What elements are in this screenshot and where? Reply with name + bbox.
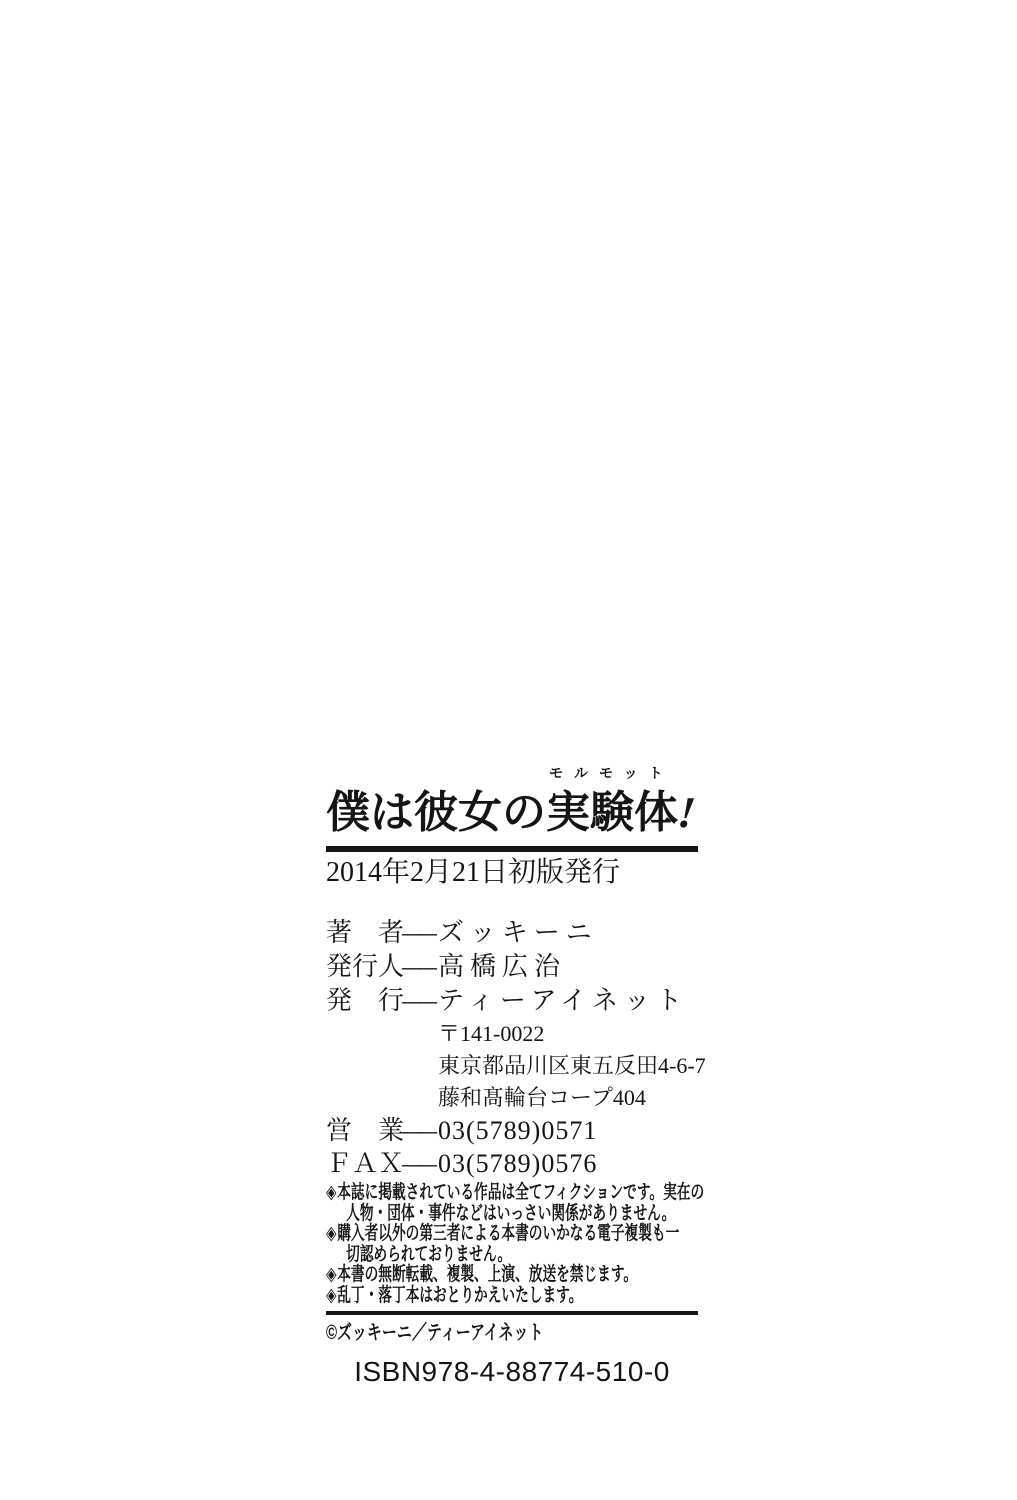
contact-row-fax: ＦＡＸ —— 03(5789)0576 — [326, 1147, 698, 1180]
contact-row-sales: 営 業 —— 03(5789)0571 — [326, 1114, 698, 1147]
credit-row-author: 著 者 —— ズッキーニ — [326, 916, 698, 950]
notice-line: ◈本書の無断転載、複製、上演、放送を禁じます。 — [326, 1265, 594, 1286]
leader-dash: —— — [402, 950, 427, 984]
notice-line: ◈本誌に掲載されている作品は全てフィクションです。実在の — [326, 1183, 594, 1204]
notice-line: ◈購入者以外の第三者による本書のいかなる電子複製も一 — [326, 1224, 594, 1245]
diamond-bullet-icon: ◈ — [326, 1182, 337, 1203]
contact-label: 営 業 — [326, 1114, 402, 1147]
book-title: モルモット 僕は彼女の実験体! — [326, 760, 698, 838]
address-line: 藤和髙輪台コープ404 — [438, 1082, 698, 1114]
leader-dash: —— — [402, 1114, 427, 1147]
diamond-bullet-icon: ◈ — [326, 1285, 337, 1306]
credit-value: 高橋広治 — [438, 950, 566, 984]
credit-value: ティーアイネット — [438, 984, 688, 1018]
leader-dash: —— — [402, 1147, 427, 1180]
address-line: 東京都品川区東五反田4-6-7 — [438, 1050, 698, 1082]
credit-row-issuer: 発行人 —— 高橋広治 — [326, 950, 698, 984]
postal-code: 〒141-0022 — [438, 1018, 698, 1050]
diamond-bullet-icon: ◈ — [326, 1223, 337, 1244]
contact-value: 03(5789)0571 — [438, 1114, 597, 1147]
edition-date: 2014年2月21日初版発行 — [326, 858, 698, 888]
title-rule — [326, 846, 698, 852]
notice-line: 人物・団体・事件などはいっさい関係がありません。 — [326, 1204, 594, 1225]
notice-text: 本書の無断転載、複製、上演、放送を禁じます。 — [337, 1264, 637, 1285]
publisher-address: 〒141-0022 東京都品川区東五反田4-6-7 藤和髙輪台コープ404 — [326, 1018, 698, 1114]
notice-text: 本誌に掲載されている作品は全てフィクションです。実在の — [337, 1182, 704, 1203]
credit-row-publisher: 発 行 —— ティーアイネット — [326, 984, 698, 1018]
colophon-block: モルモット 僕は彼女の実験体! 2014年2月21日初版発行 著 者 —— ズッ… — [326, 760, 698, 1388]
copyright-line: ©ズッキーニ／ティーアイネット — [326, 1320, 605, 1346]
notice-line: ◈乱丁・落丁本はおとりかえいたします。 — [326, 1286, 594, 1307]
credits-section: 著 者 —— ズッキーニ 発行人 —— 高橋広治 発 行 —— ティーアイネット… — [326, 916, 698, 1180]
credit-label: 発 行 — [326, 984, 402, 1018]
title-furigana: モルモット — [549, 765, 674, 781]
title-exclamation: ! — [675, 788, 697, 838]
isbn-number: ISBN978-4-88774-510-0 — [326, 1356, 698, 1388]
notice-line: 切認められておりません。 — [326, 1245, 594, 1266]
contact-label: ＦＡＸ — [326, 1147, 402, 1180]
leader-dash: —— — [402, 916, 427, 950]
leader-dash: —— — [402, 984, 427, 1018]
title-prefix: 僕は彼女の — [326, 788, 546, 837]
title-ruby-base: 実験体 — [546, 788, 678, 837]
notice-text: 乱丁・落丁本はおとりかえいたします。 — [337, 1285, 582, 1306]
notice-text: 購入者以外の第三者による本書のいかなる電子複製も一 — [337, 1223, 679, 1244]
credit-label: 著 者 — [326, 916, 402, 950]
legal-notices: ◈本誌に掲載されている作品は全てフィクションです。実在の 人物・団体・事件などは… — [326, 1183, 698, 1306]
credit-value: ズッキーニ — [438, 916, 598, 950]
footer-rule — [326, 1311, 698, 1315]
diamond-bullet-icon: ◈ — [326, 1264, 337, 1285]
contact-value: 03(5789)0576 — [438, 1147, 597, 1180]
colophon-page: モルモット 僕は彼女の実験体! 2014年2月21日初版発行 著 者 —— ズッ… — [0, 0, 1017, 1500]
contacts-section: 営 業 —— 03(5789)0571 ＦＡＸ —— 03(5789)0576 — [326, 1114, 698, 1180]
credit-label: 発行人 — [326, 950, 402, 984]
